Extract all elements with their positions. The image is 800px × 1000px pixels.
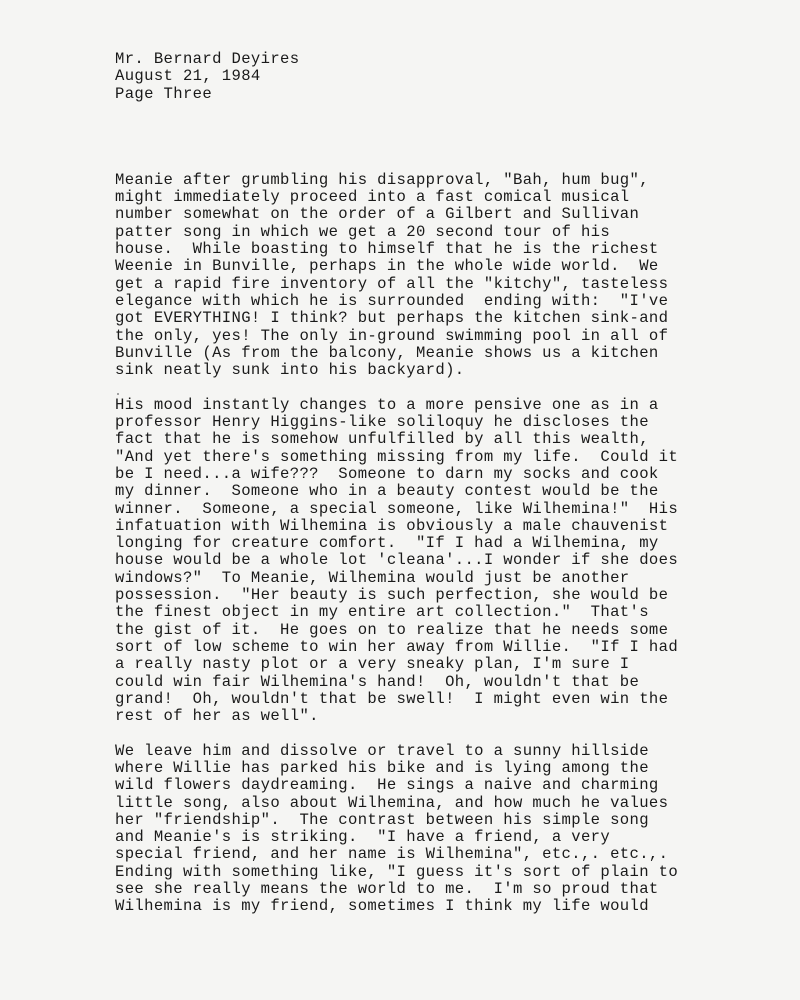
text-line: windows?" To Meanie, Wilhemina would jus… xyxy=(115,570,795,587)
text-line: fact that he is somehow unfulfilled by a… xyxy=(115,431,795,448)
text-line: grand! Oh, wouldn't that be swell! I mig… xyxy=(115,691,795,708)
text-line: a really nasty plot or a very sneaky pla… xyxy=(115,656,795,673)
text-line: professor Henry Higgins-like soliloquy h… xyxy=(115,414,795,431)
text-line: the gist of it. He goes on to realize th… xyxy=(115,622,795,639)
text-line: number somewhat on the order of a Gilber… xyxy=(115,206,795,223)
text-line: little song, also about Wilhemina, and h… xyxy=(115,795,795,812)
text-line: rest of her as well". xyxy=(115,708,795,725)
text-line: wild flowers daydreaming. He sings a nai… xyxy=(115,777,795,794)
text-line: infatuation with Wilhemina is obviously … xyxy=(115,518,795,535)
text-line: Wilhemina is my friend, sometimes I thin… xyxy=(115,898,795,915)
paper-speck xyxy=(117,393,119,395)
text-line: elegance with which he is surrounded end… xyxy=(115,293,795,310)
paragraph-meanie-soliloquy: His mood instantly changes to a more pen… xyxy=(115,397,795,726)
recipient-name: Mr. Bernard Deyires xyxy=(115,51,795,68)
letter-date: August 21, 1984 xyxy=(115,68,795,85)
text-line: the only, yes! The only in-ground swimmi… xyxy=(115,328,795,345)
text-line: might immediately proceed into a fast co… xyxy=(115,189,795,206)
text-line: and Meanie's is striking. "I have a frie… xyxy=(115,829,795,846)
text-line: my dinner. Someone who in a beauty conte… xyxy=(115,483,795,500)
text-line: longing for creature comfort. "If I had … xyxy=(115,535,795,552)
text-line: Bunville (As from the balcony, Meanie sh… xyxy=(115,345,795,362)
text-line: We leave him and dissolve or travel to a… xyxy=(115,743,795,760)
text-line: see she really means the world to me. I'… xyxy=(115,881,795,898)
text-line: get a rapid fire inventory of all the "k… xyxy=(115,276,795,293)
paragraph-meanie-song: Meanie after grumbling his disapproval, … xyxy=(115,172,795,380)
text-line: house would be a whole lot 'cleana'...I … xyxy=(115,552,795,569)
text-line: her "friendship". The contrast between h… xyxy=(115,812,795,829)
page-label: Page Three xyxy=(115,86,795,103)
text-line: possession. "Her beauty is such perfecti… xyxy=(115,587,795,604)
text-line: winner. Someone, a special someone, like… xyxy=(115,501,795,518)
text-line: the finest object in my entire art colle… xyxy=(115,604,795,621)
text-line: be I need...a wife??? Someone to darn my… xyxy=(115,466,795,483)
text-line: special friend, and her name is Wilhemin… xyxy=(115,846,795,863)
text-line: Ending with something like, "I guess it'… xyxy=(115,864,795,881)
text-line: sink neatly sunk into his backyard). xyxy=(115,362,795,379)
text-line: Meanie after grumbling his disapproval, … xyxy=(115,172,795,189)
letter-page: Mr. Bernard Deyires August 21, 1984 Page… xyxy=(115,51,795,933)
text-line: house. While boasting to himself that he… xyxy=(115,241,795,258)
text-line: got EVERYTHING! I think? but perhaps the… xyxy=(115,310,795,327)
text-line: sort of low scheme to win her away from … xyxy=(115,639,795,656)
text-line: "And yet there's something missing from … xyxy=(115,449,795,466)
letter-header: Mr. Bernard Deyires August 21, 1984 Page… xyxy=(115,51,795,103)
text-line: could win fair Wilhemina's hand! Oh, wou… xyxy=(115,674,795,691)
text-line: patter song in which we get a 20 second … xyxy=(115,224,795,241)
text-line: Weenie in Bunville, perhaps in the whole… xyxy=(115,258,795,275)
text-line: where Willie has parked his bike and is … xyxy=(115,760,795,777)
text-line: His mood instantly changes to a more pen… xyxy=(115,397,795,414)
paragraph-willie-song: We leave him and dissolve or travel to a… xyxy=(115,743,795,916)
